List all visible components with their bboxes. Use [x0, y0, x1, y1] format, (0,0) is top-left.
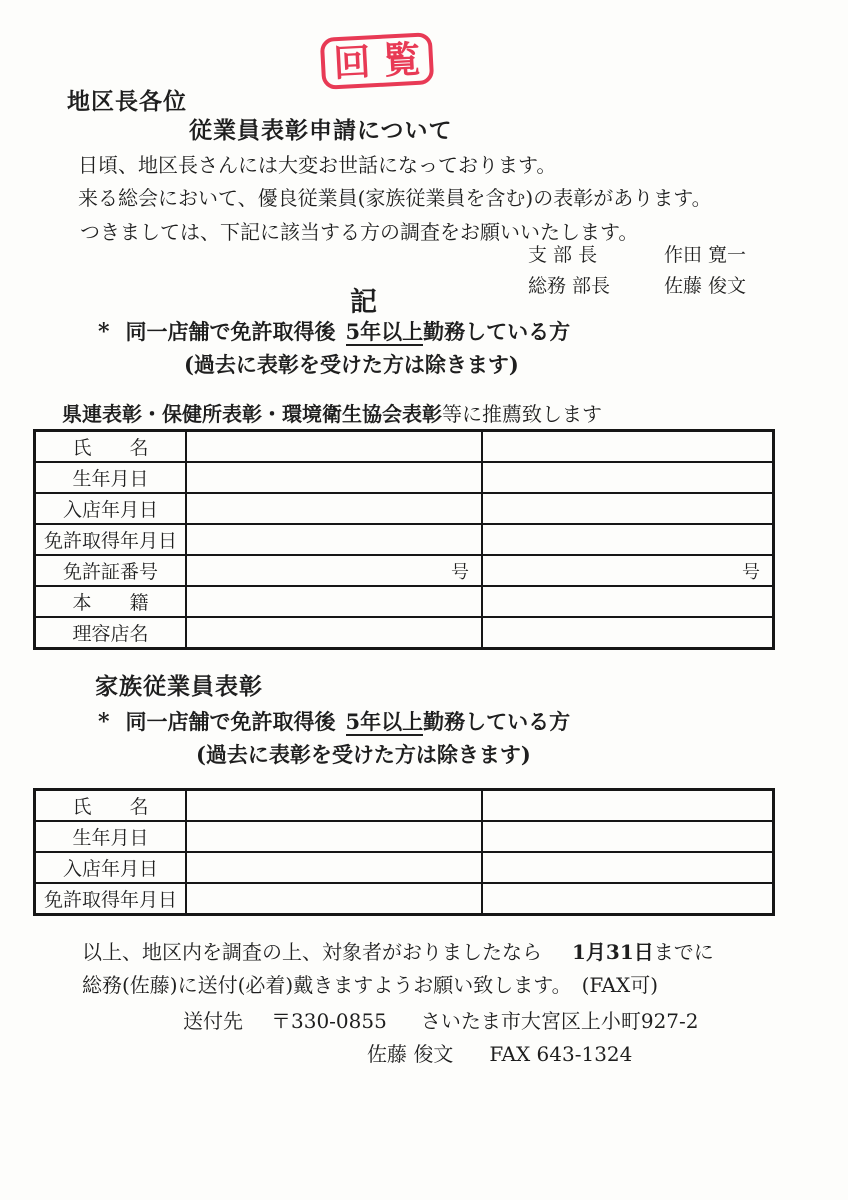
contact-name: 佐藤 俊文: [367, 1042, 453, 1066]
criteria-text-pre: 同一店舗で免許取得後: [126, 709, 336, 734]
scanned-document-page: 回覧 地区長各位 従業員表彰申請について 日頃、地区長さんには大変お世話になって…: [0, 0, 848, 1200]
table-row: 氏 名: [35, 431, 774, 463]
empty-cell: [482, 852, 774, 883]
row-label-store-entry-date: 入店年月日: [35, 852, 187, 883]
row-label-license-number: 免許証番号: [35, 555, 187, 586]
recommendation-tail: 等に推薦致します: [442, 402, 602, 426]
empty-cell: [482, 586, 774, 617]
footer-send-request-line: 総務(佐藤)に送付(必着)戴きますようお願い致します。 (FAX可): [82, 969, 658, 998]
family-section-heading: 家族従業員表彰: [95, 668, 263, 701]
footer-contact-line: 佐藤 俊文FAX 643-1324: [367, 1038, 632, 1067]
empty-cell: [186, 883, 482, 915]
signatory-row-branch-chief: 支 部 長 作田 寛一: [528, 240, 746, 267]
family-exclusion-note: (過去に表彰を受けた方は除きます): [196, 739, 531, 769]
row-label-barbershop-name: 理容店名: [35, 617, 187, 649]
table-row: 入店年月日: [35, 852, 774, 883]
signatory-title: 支 部 長: [528, 240, 640, 267]
family-award-table: 氏 名 生年月日 入店年月日 免許取得年月日: [33, 788, 775, 916]
criteria-text-pre: 同一店舗で免許取得後: [126, 319, 336, 344]
recommendation-line: 県連表彰・保健所表彰・環境衛生協会表彰等に推薦致します: [62, 398, 602, 427]
license-number-cell: 号: [482, 555, 774, 586]
send-to-label: 送付先: [183, 1009, 243, 1033]
table-row: 生年月日: [35, 821, 774, 852]
postal-code: 〒330-0855: [271, 1009, 387, 1033]
empty-cell: [186, 431, 482, 463]
empty-cell: [482, 821, 774, 852]
employee-criteria-line: *同一店舗で免許取得後5年以上勤務している方: [98, 316, 570, 346]
row-label-name: 氏 名: [35, 431, 187, 463]
circulation-stamp: 回覧: [320, 32, 435, 90]
signatory-block: 支 部 長 作田 寛一 総務 部長 佐藤 俊文: [528, 240, 746, 302]
empty-cell: [186, 586, 482, 617]
row-label-store-entry-date: 入店年月日: [35, 493, 187, 524]
deadline-date: 1月31日: [572, 940, 654, 964]
employee-award-table: 氏 名 生年月日 入店年月日 免許取得年月日 免許証番号 号 号: [33, 429, 775, 650]
empty-cell: [186, 493, 482, 524]
criteria-text-post: 勤務している方: [423, 709, 570, 734]
table-row: 本 籍: [35, 586, 774, 617]
greeting-line-1: 日頃、地区長さんには大変お世話になっております。: [78, 149, 556, 178]
criteria-underlined-term: 5年以上: [346, 319, 424, 346]
empty-cell: [186, 790, 482, 822]
footer-address-line: 送付先〒330-0855さいたま市大宮区上小町927-2: [183, 1005, 699, 1034]
table-row: 理容店名: [35, 617, 774, 649]
family-criteria-line: *同一店舗で免許取得後5年以上勤務している方: [98, 706, 570, 736]
signatory-title: 総務 部長: [528, 271, 640, 298]
signatory-row-general-affairs-chief: 総務 部長 佐藤 俊文: [528, 271, 746, 298]
empty-cell: [482, 493, 774, 524]
table-row: 入店年月日: [35, 493, 774, 524]
row-label-registered-domicile: 本 籍: [35, 586, 187, 617]
empty-cell: [482, 462, 774, 493]
asterisk-marker: *: [98, 709, 110, 735]
empty-cell: [482, 617, 774, 649]
table-row: 免許証番号 号 号: [35, 555, 774, 586]
criteria-text-post: 勤務している方: [423, 319, 570, 344]
table-row: 氏 名: [35, 790, 774, 822]
row-label-license-date: 免許取得年月日: [35, 524, 187, 555]
document-title: 従業員表彰申請について: [189, 112, 453, 145]
table-row: 生年月日: [35, 462, 774, 493]
empty-cell: [186, 852, 482, 883]
empty-cell: [186, 821, 482, 852]
footer-deadline-line: 以上、地区内を調査の上、対象者がおりましたなら1月31日までに: [82, 936, 714, 965]
asterisk-marker: *: [98, 319, 110, 345]
signatory-name: 作田 寛一: [664, 240, 746, 267]
row-label-birthdate: 生年月日: [35, 821, 187, 852]
empty-cell: [482, 524, 774, 555]
empty-cell: [186, 462, 482, 493]
ki-heading: 記: [350, 280, 379, 319]
unit-suffix-go: 号: [191, 558, 477, 584]
empty-cell: [482, 790, 774, 822]
table-row: 免許取得年月日: [35, 524, 774, 555]
table-row: 免許取得年月日: [35, 883, 774, 915]
street-address: さいたま市大宮区上小町927-2: [421, 1009, 699, 1033]
recipient-line: 地区長各位: [67, 83, 187, 116]
employee-exclusion-note: (過去に表彰を受けた方は除きます): [184, 349, 519, 379]
recommendation-award-names: 県連表彰・保健所表彰・環境衛生協会表彰: [62, 402, 442, 426]
empty-cell: [482, 431, 774, 463]
criteria-underlined-term: 5年以上: [346, 709, 424, 736]
row-label-license-date: 免許取得年月日: [35, 883, 187, 915]
signatory-name: 佐藤 俊文: [664, 271, 746, 298]
footer-deadline-pre: 以上、地区内を調査の上、対象者がおりましたなら: [82, 940, 542, 964]
unit-suffix-go: 号: [487, 558, 768, 584]
greeting-line-2: 来る総会において、優良従業員(家族従業員を含む)の表彰があります。: [78, 182, 712, 211]
fax-number: FAX 643-1324: [489, 1042, 632, 1066]
empty-cell: [482, 883, 774, 915]
row-label-birthdate: 生年月日: [35, 462, 187, 493]
row-label-name: 氏 名: [35, 790, 187, 822]
footer-deadline-post: までに: [654, 940, 714, 964]
empty-cell: [186, 617, 482, 649]
circulation-stamp-text: 回覧: [320, 40, 435, 83]
license-number-cell: 号: [186, 555, 482, 586]
empty-cell: [186, 524, 482, 555]
